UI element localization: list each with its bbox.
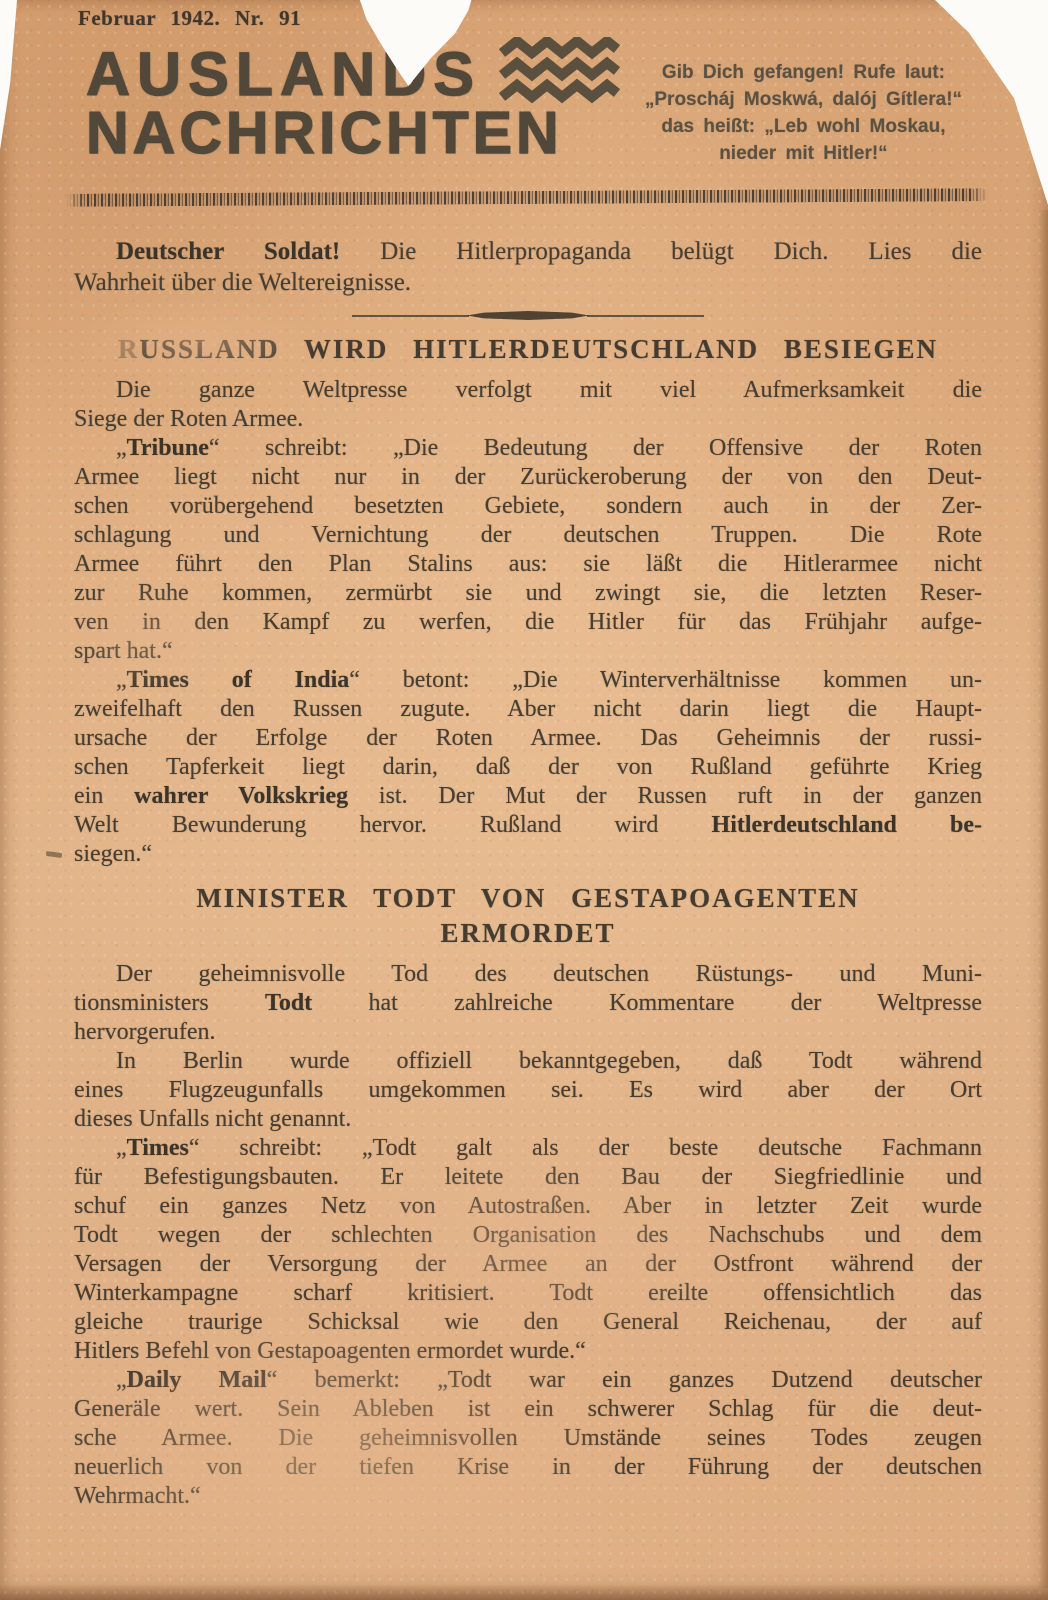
heading-line: RUSSLAND WIRD HITLERDEUTSCHLAND BESIEGEN <box>74 332 982 367</box>
slogan-line: das heißt: „Leb wohl Moskau, <box>621 113 986 140</box>
text-line: schlagung und Vernichtung der deutschen … <box>74 521 982 550</box>
text-line: ursache der Erfolge der Roten Armee. Das… <box>74 724 982 753</box>
text-line: für Befestigungsbauten. Er leitete den B… <box>74 1163 982 1192</box>
text-line: schen Tapferkeit liegt darin, daß der vo… <box>74 753 982 782</box>
text-line: ven in den Kampf zu werfen, die Hitler f… <box>74 608 982 637</box>
article-body: Deutscher Soldat! Die Hitlerpropaganda b… <box>74 236 982 1511</box>
heading-line: MINISTER TODT VON GESTAPOAGENTEN <box>74 881 982 916</box>
text-line: neuerlich von der tiefen Krise in der Fü… <box>74 1453 982 1482</box>
paragraph: „Tribune“ schreibt: „Die Bedeutung der O… <box>74 434 982 666</box>
text-line: Welt Bewunderung hervor. Rußland wird Hi… <box>74 811 982 840</box>
text-line: Generäle wert. Sein Ableben ist ein schw… <box>74 1395 982 1424</box>
text-line: Hitlers Befehl von Gestapoagenten ermord… <box>74 1337 982 1366</box>
text-line: schen vorübergehend besetzten Gebiete, s… <box>74 492 982 521</box>
section-heading: RUSSLAND WIRD HITLERDEUTSCHLAND BESIEGEN <box>74 332 982 367</box>
text-line: „Times of India“ betont: „Die Winterverh… <box>74 666 982 695</box>
text-line: Wahrheit über die Weltereignisse. <box>74 267 982 298</box>
paragraph: „Daily Mail“ bemerkt: „Todt war ein ganz… <box>74 1366 982 1511</box>
intro-paragraph: Deutscher Soldat! Die Hitlerpropaganda b… <box>74 236 982 298</box>
text-line: Winterkampagne scharf kritisiert. Todt e… <box>74 1279 982 1308</box>
text-line: Armee liegt nicht nur in der Zurückerobe… <box>74 463 982 492</box>
text-line: zur Ruhe kommen, zermürbt sie und zwingt… <box>74 579 982 608</box>
text-line: zweifelhaft den Russen zugute. Aber nich… <box>74 695 982 724</box>
divider-line <box>352 315 469 317</box>
leaflet-page: Februar 1942. Nr. 91 AUSLANDS NACHRICHTE… <box>0 0 1048 1600</box>
slogan-line: nieder mit Hitler!“ <box>621 140 986 167</box>
text-line: Armee führt den Plan Stalins aus: sie lä… <box>74 550 982 579</box>
section-divider <box>352 311 704 320</box>
text-line: gleiche traurige Schicksal wie den Gener… <box>74 1308 982 1337</box>
section-heading: MINISTER TODT VON GESTAPOAGENTENERMORDET <box>74 881 982 951</box>
text-line: „Times“ schreibt: „Todt galt als der bes… <box>74 1134 982 1163</box>
text-line: Der geheimnisvolle Tod des deutschen Rüs… <box>74 960 982 989</box>
text-line: In Berlin wurde offiziell bekanntgegeben… <box>74 1047 982 1076</box>
text-line: Deutscher Soldat! Die Hitlerpropaganda b… <box>74 236 982 267</box>
text-line: Versagen der Versorgung der Armee an der… <box>74 1250 982 1279</box>
text-line: dieses Unfalls nicht genannt. <box>74 1105 982 1134</box>
leaflet-content: Februar 1942. Nr. 91 AUSLANDS NACHRICHTE… <box>0 6 1048 1511</box>
text-line: eines Flugzeugunfalls umgekommen sei. Es… <box>74 1076 982 1105</box>
text-line: ein wahrer Volkskrieg ist. Der Mut der R… <box>74 782 982 811</box>
text-line: Siege der Roten Armee. <box>74 405 982 434</box>
ornamental-rule <box>66 188 988 207</box>
slogan-line: „Proscháj Moskwá, dalój Gítlera!“ <box>621 86 986 113</box>
divider-diamond <box>467 311 589 320</box>
paragraph: Der geheimnisvolle Tod des deutschen Rüs… <box>74 960 982 1047</box>
text-line: hervorgerufen. <box>74 1018 982 1047</box>
masthead: AUSLANDS NACHRICHTEN Gib Dich gefangen! … <box>86 41 986 167</box>
text-line: „Daily Mail“ bemerkt: „Todt war ein ganz… <box>74 1366 982 1395</box>
masthead-line2: NACHRICHTEN <box>86 105 621 161</box>
text-line: spart hat.“ <box>74 637 982 666</box>
text-line: „Tribune“ schreibt: „Die Bedeutung der O… <box>74 434 982 463</box>
text-line: Die ganze Weltpresse verfolgt mit viel A… <box>74 376 982 405</box>
issue-line: Februar 1942. Nr. 91 <box>78 6 1048 31</box>
text-line: siegen.“ <box>74 840 982 869</box>
text-line: Todt wegen der schlechten Organisation d… <box>74 1221 982 1250</box>
text-line: tionsministers Todt hat zahlreiche Komme… <box>74 989 982 1018</box>
text-line: schuf ein ganzes Netz von Autostraßen. A… <box>74 1192 982 1221</box>
masthead-title: AUSLANDS NACHRICHTEN <box>86 41 621 161</box>
slogan-line: Gib Dich gefangen! Rufe laut: <box>621 59 986 86</box>
paragraph: In Berlin wurde offiziell bekanntgegeben… <box>74 1047 982 1134</box>
text-line: Wehrmacht.“ <box>74 1482 982 1511</box>
divider-line <box>587 315 704 317</box>
paper-bottom-shadow <box>0 1584 1048 1600</box>
paragraph: Die ganze Weltpresse verfolgt mit viel A… <box>74 376 982 434</box>
text-line: sche Armee. Die geheimnisvollen Umstände… <box>74 1424 982 1453</box>
triple-wave-icon <box>499 37 621 107</box>
paragraph: „Times“ schreibt: „Todt galt als der bes… <box>74 1134 982 1366</box>
heading-line: ERMORDET <box>74 916 982 951</box>
surrender-slogan: Gib Dich gefangen! Rufe laut:„Proscháj M… <box>621 59 986 167</box>
paper-right-shadow <box>1038 210 1048 1588</box>
paragraph: „Times of India“ betont: „Die Winterverh… <box>74 666 982 869</box>
